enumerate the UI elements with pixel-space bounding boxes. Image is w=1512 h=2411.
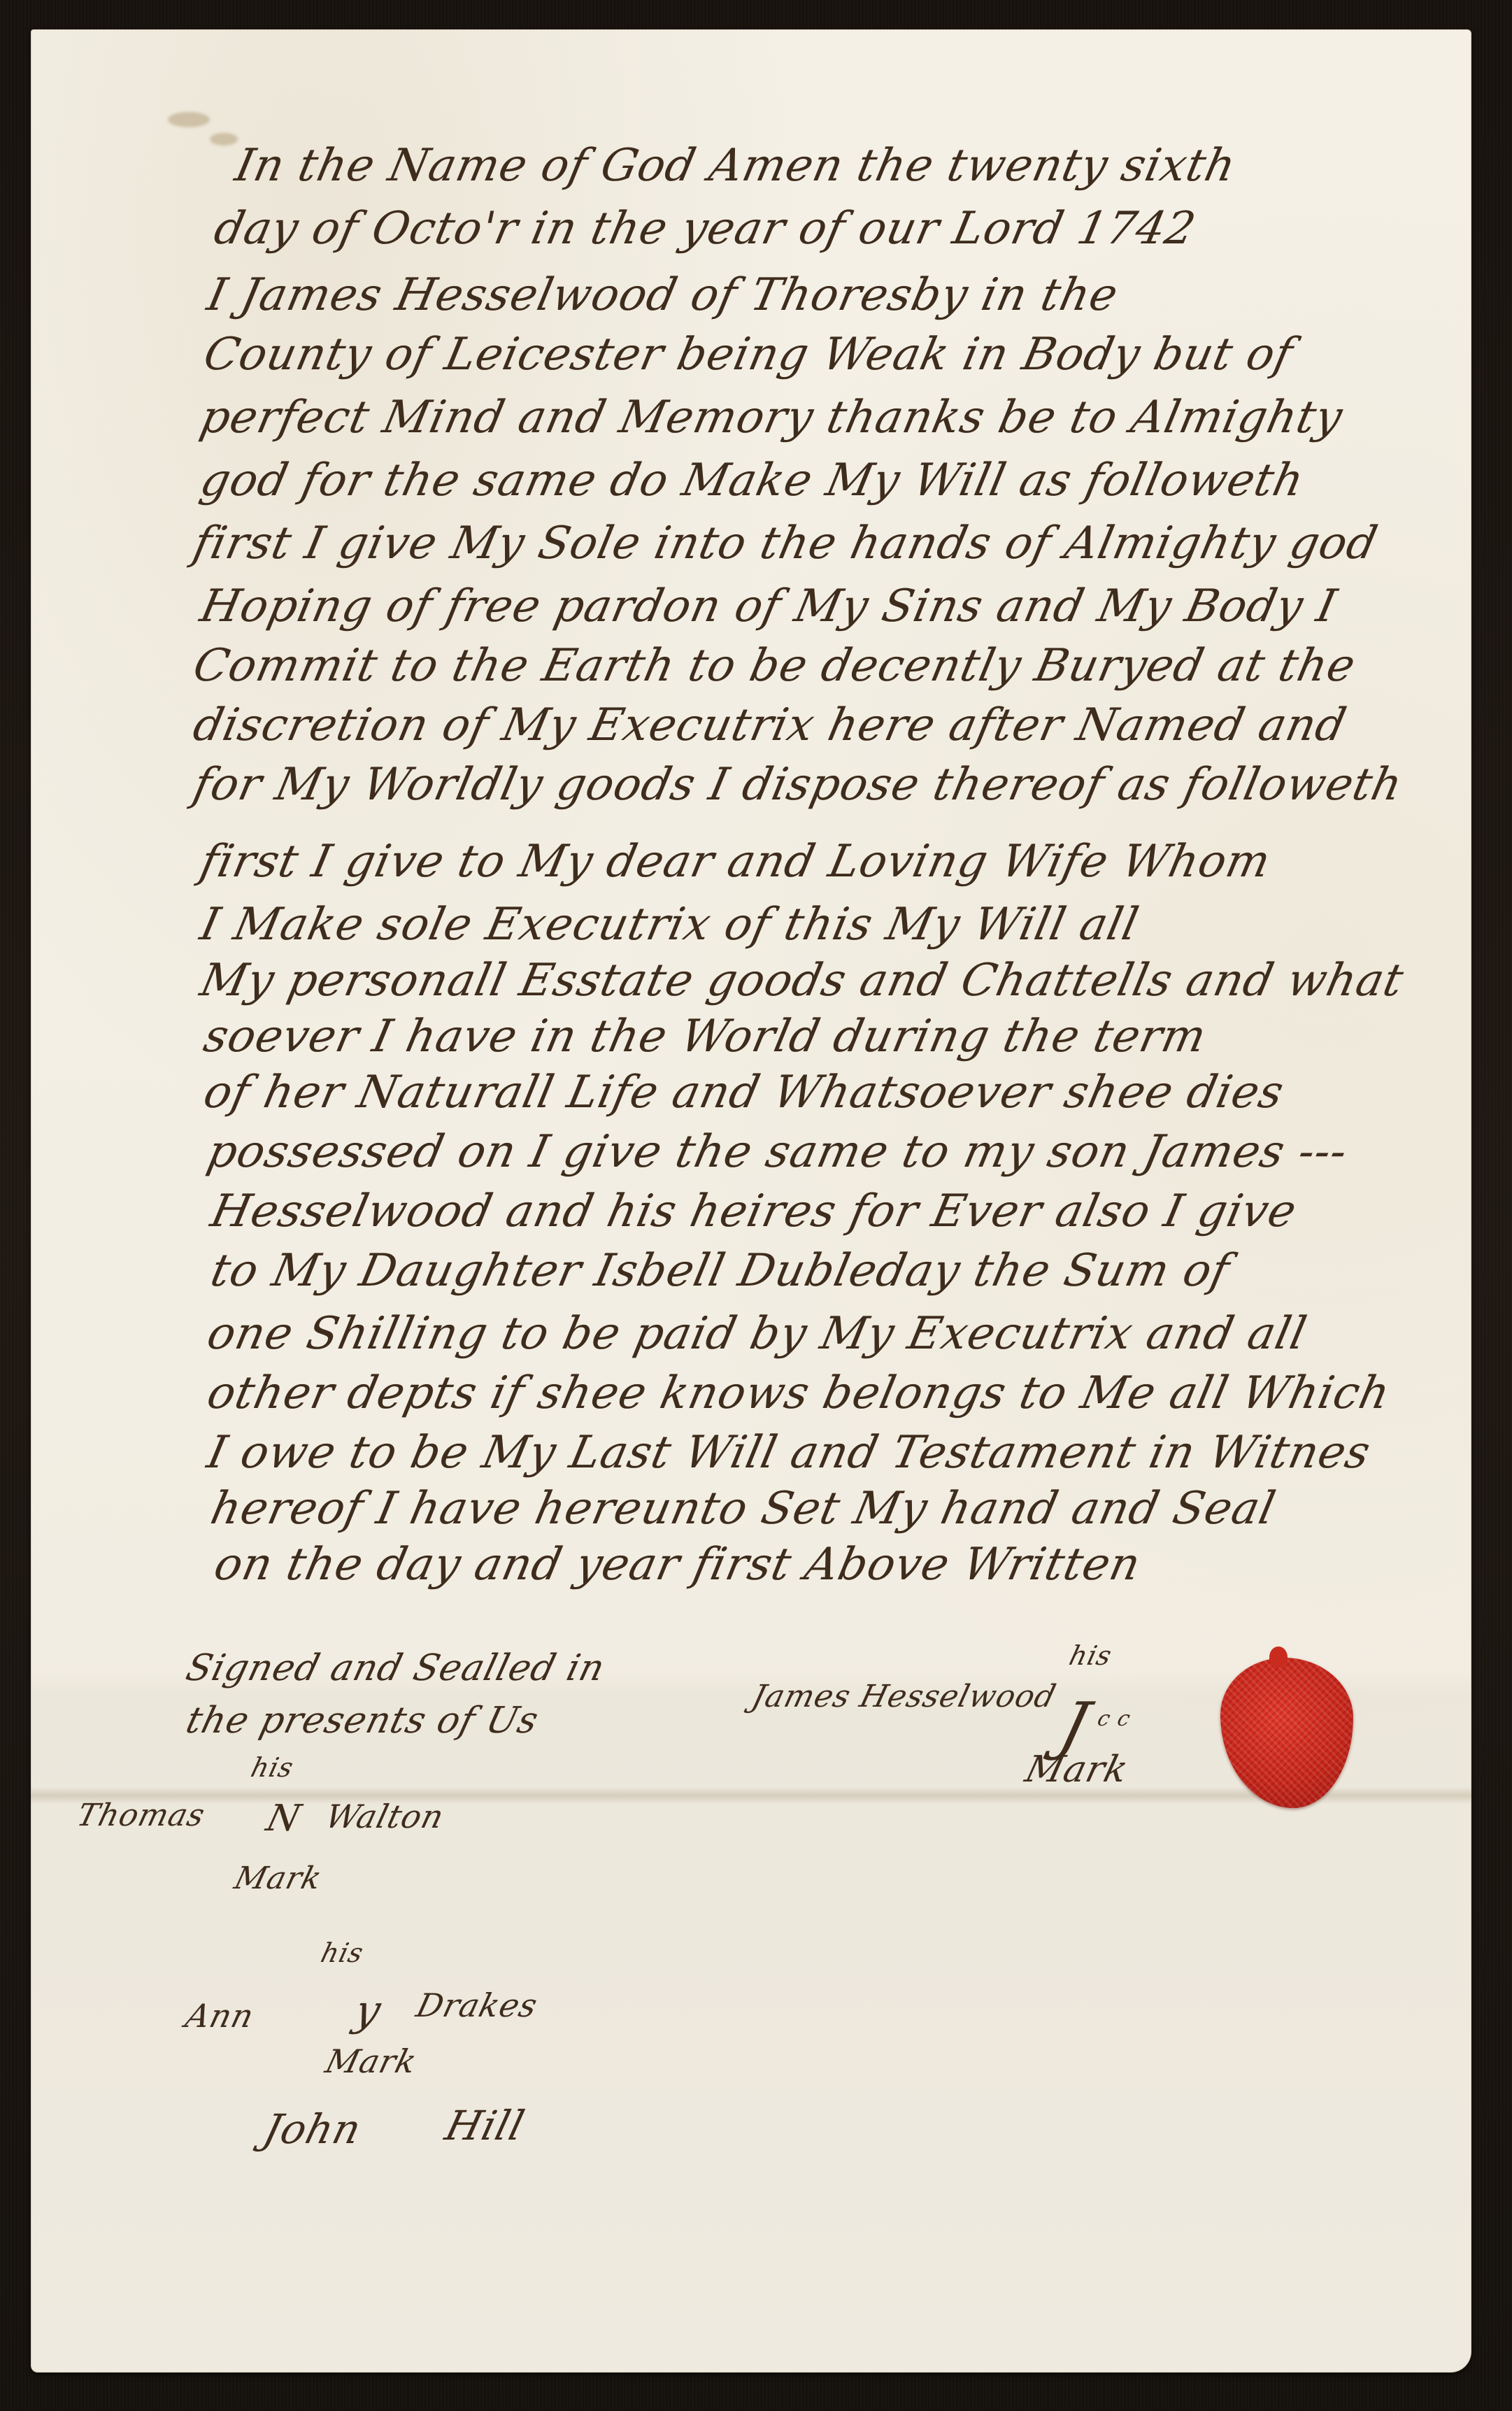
witness-first-name: Ann: [182, 1997, 258, 2035]
body-line: first I give My Sole into the hands of A…: [189, 518, 1382, 569]
ink-stain: [168, 112, 210, 127]
body-line: discretion of My Executrix here after Na…: [189, 699, 1351, 751]
witness-first-name: Thomas: [73, 1798, 208, 1833]
body-line: possessed on I give the same to my son J…: [203, 1126, 1352, 1178]
witness-mark-label: Mark: [322, 2042, 421, 2080]
body-line: Hoping of free pardon of My Sins and My …: [196, 581, 1341, 632]
testator-mark-initials: c c: [1095, 1707, 1134, 1731]
body-line: for My Worldly goods I dispose thereof a…: [189, 759, 1407, 811]
witness-last-name: Hill: [441, 2102, 529, 2149]
witness-last-name: Walton: [322, 1798, 448, 1835]
attestation-line: the presents of Us: [182, 1700, 543, 1742]
body-line: soever I have in the World during the te…: [199, 1011, 1211, 1062]
body-line: My personall Esstate goods and Chattells…: [196, 955, 1408, 1007]
witness-his: his: [248, 1752, 297, 1783]
witness-first-name: John: [259, 2105, 366, 2153]
body-line: of her Naturall Life and Whatsoever shee…: [199, 1067, 1288, 1118]
body-line: one Shilling to be paid by My Executrix …: [203, 1308, 1311, 1360]
body-line: on the day and year first Above Written: [210, 1539, 1146, 1591]
body-line: I James Hesselwood of Thoresby in the: [203, 269, 1122, 321]
testator-name: James Hesselwood: [748, 1679, 1060, 1714]
witness-mark-label: Mark: [231, 1861, 326, 1896]
testator-his: his: [1067, 1640, 1115, 1671]
body-line: first I give to My dear and Loving Wife …: [196, 836, 1276, 888]
witness-his: his: [318, 1937, 367, 1968]
body-line: other depts if shee knows belongs to Me …: [203, 1367, 1395, 1419]
attestation-line: Signed and Sealled in: [182, 1647, 609, 1689]
body-line: I owe to be My Last Will and Testament i…: [203, 1427, 1375, 1479]
body-line: to My Daughter Isbell Dubleday the Sum o…: [206, 1245, 1234, 1297]
body-line: Hesselwood and his heires for Ever also …: [206, 1186, 1301, 1237]
body-line: day of Octo'r in the year of our Lord 17…: [210, 203, 1200, 255]
witness-last-name: Drakes: [413, 1986, 541, 2024]
body-line: In the Name of God Amen the twenty sixth: [231, 140, 1241, 192]
body-line: Commit to the Earth to be decently Burye…: [189, 640, 1360, 692]
testator-mark-label: Mark: [1021, 1749, 1133, 1791]
ink-stain: [210, 133, 238, 145]
body-line: perfect Mind and Memory thanks be to Alm…: [196, 392, 1348, 443]
body-line: I Make sole Executrix of this My Will al…: [196, 899, 1143, 951]
body-line: hereof I have hereunto Set My hand and S…: [206, 1483, 1281, 1535]
body-line: god for the same do Make My Will as foll…: [196, 455, 1308, 506]
body-line: County of Leicester being Weak in Body b…: [199, 329, 1297, 381]
